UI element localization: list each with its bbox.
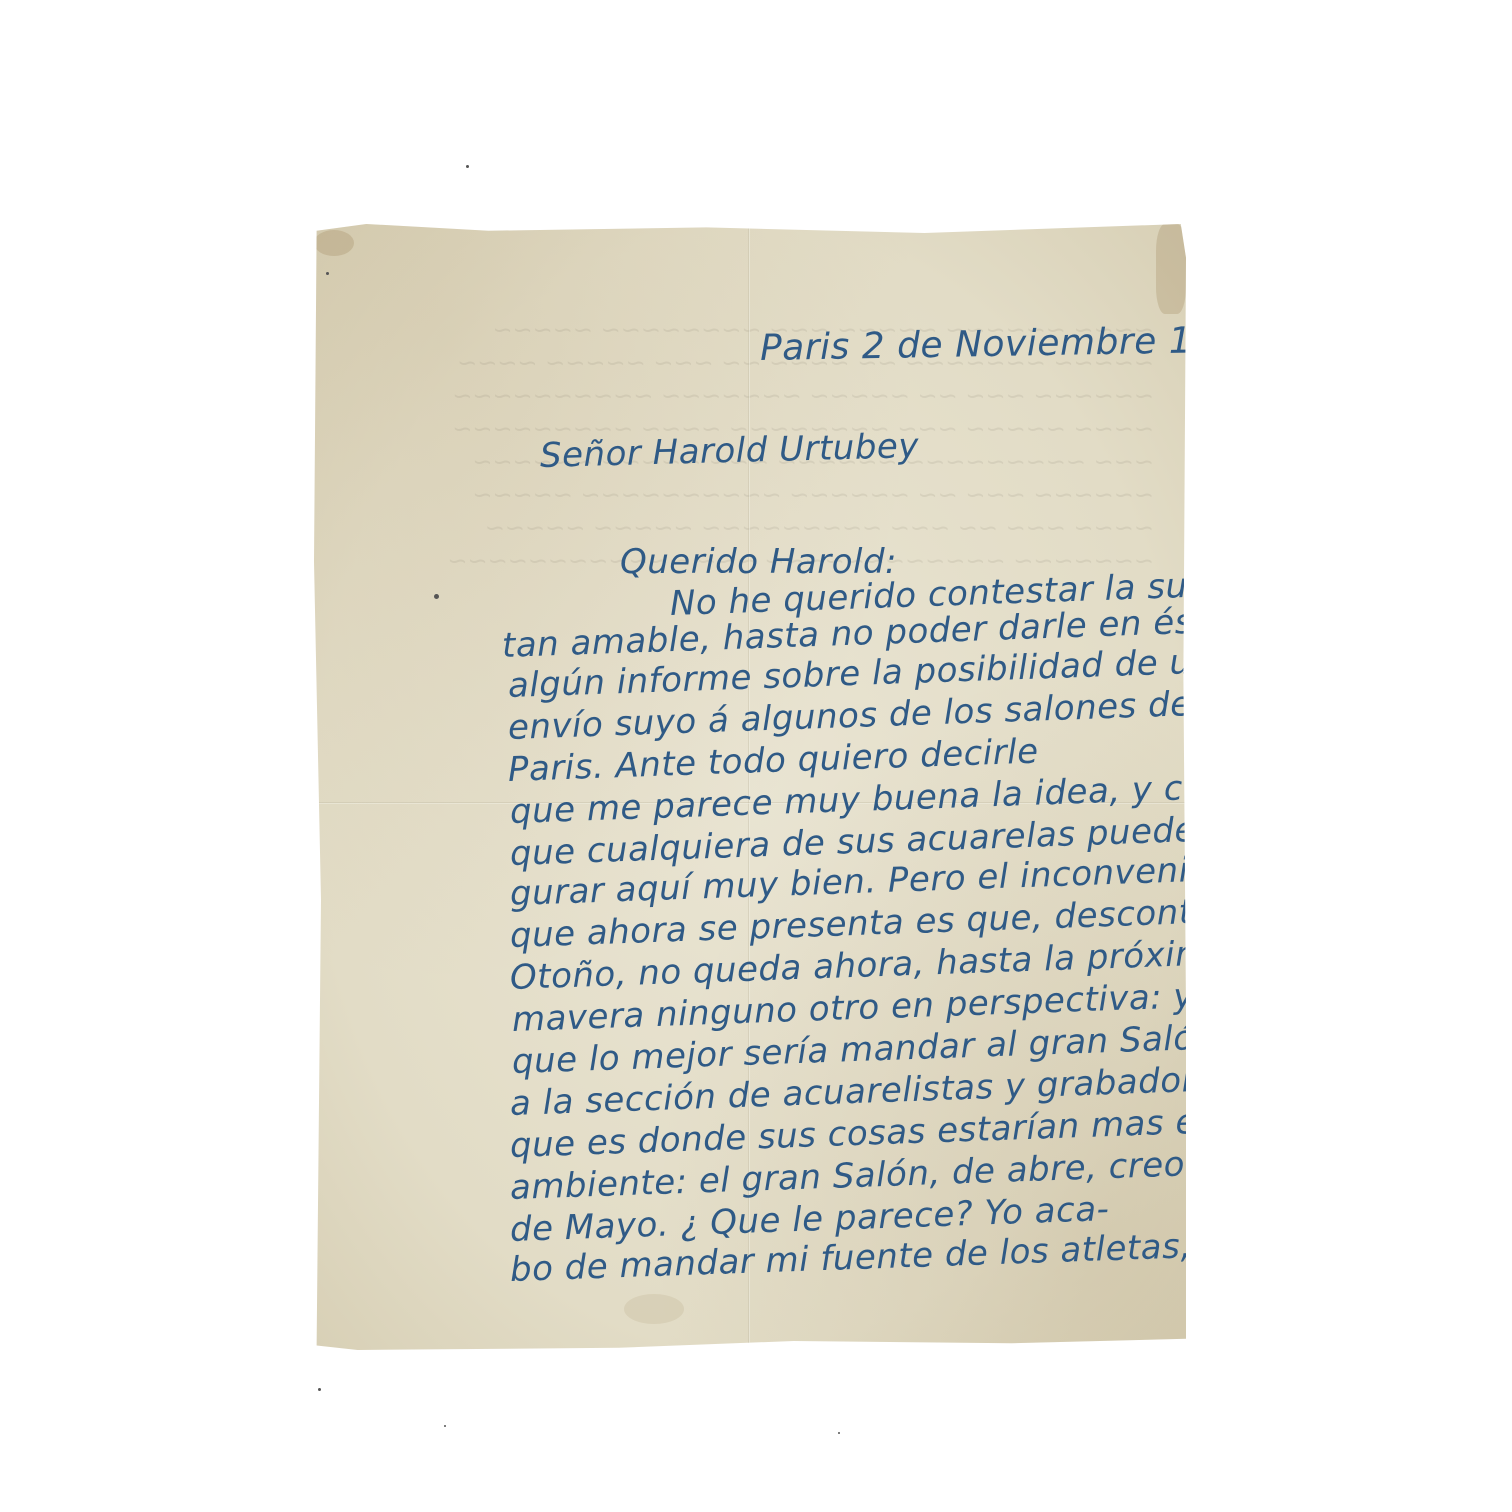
bottom-stain [624,1294,684,1324]
paper-speck [326,272,329,275]
greeting-line: Querido Harold: [620,542,897,582]
background-speck [444,1425,446,1427]
background-speck [318,1388,321,1391]
background-speck [466,165,469,168]
background-speck [838,1432,840,1434]
date-line: Paris 2 de Noviembre 1924. [760,319,1275,369]
edge-stain [1156,224,1186,314]
paper-speck [434,594,439,599]
letter-paper: ~~~~ ~~~~~~ ~~~~~ ~~~ ~~~~~~~~ ~~~~~ ~~~… [314,224,1186,1350]
corner-stain [314,230,354,256]
